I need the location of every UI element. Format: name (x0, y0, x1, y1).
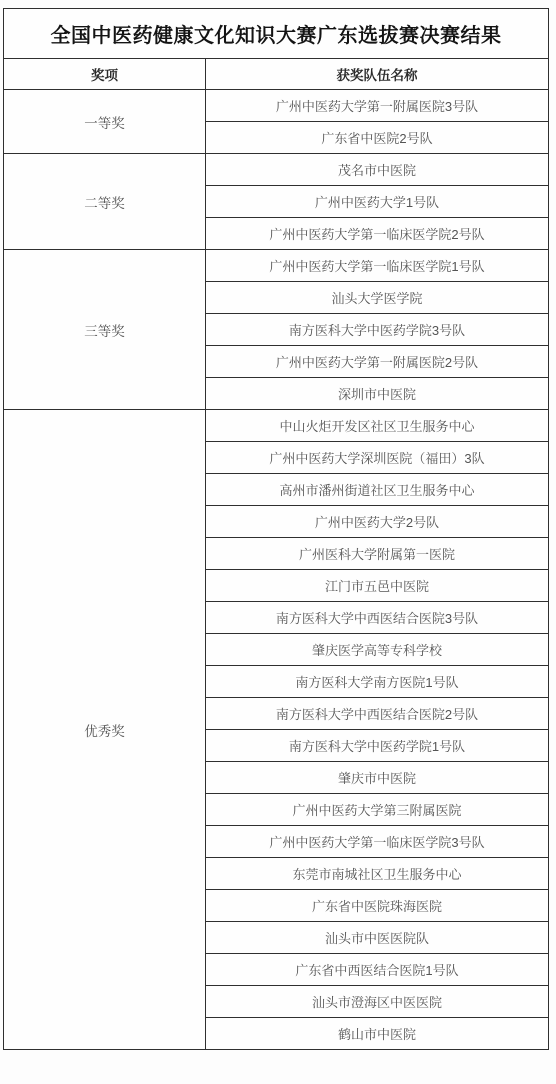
column-header-award: 奖项 (4, 59, 206, 90)
team-name: 广州中医药大学1号队 (206, 186, 549, 218)
results-page: 全国中医药健康文化知识大赛广东选拔赛决赛结果 奖项 获奖队伍名称 一等奖广州中医… (3, 8, 548, 1050)
team-name: 广州医科大学附属第一医院 (206, 538, 549, 570)
team-name: 南方医科大学中医药学院3号队 (206, 314, 549, 346)
team-name: 深圳市中医院 (206, 378, 549, 410)
column-header-team: 获奖队伍名称 (206, 59, 549, 90)
team-name: 高州市潘州街道社区卫生服务中心 (206, 474, 549, 506)
team-name: 广州中医药大学深圳医院（福田）3队 (206, 442, 549, 474)
team-name: 广州中医药大学第一附属医院2号队 (206, 346, 549, 378)
table-row: 一等奖广州中医药大学第一附属医院3号队 (4, 90, 549, 122)
team-name: 广东省中医院珠海医院 (206, 890, 549, 922)
title-row: 全国中医药健康文化知识大赛广东选拔赛决赛结果 (4, 9, 549, 59)
award-name: 优秀奖 (4, 410, 206, 1050)
results-table: 全国中医药健康文化知识大赛广东选拔赛决赛结果 奖项 获奖队伍名称 一等奖广州中医… (3, 8, 549, 1050)
team-name: 江门市五邑中医院 (206, 570, 549, 602)
team-name: 南方医科大学中医药学院1号队 (206, 730, 549, 762)
team-name: 南方医科大学南方医院1号队 (206, 666, 549, 698)
team-name: 东莞市南城社区卫生服务中心 (206, 858, 549, 890)
team-name: 南方医科大学中西医结合医院2号队 (206, 698, 549, 730)
team-name: 汕头大学医学院 (206, 282, 549, 314)
team-name: 南方医科大学中西医结合医院3号队 (206, 602, 549, 634)
team-name: 肇庆医学高等专科学校 (206, 634, 549, 666)
team-name: 广州中医药大学第一附属医院3号队 (206, 90, 549, 122)
table-row: 二等奖茂名市中医院 (4, 154, 549, 186)
table-row: 三等奖广州中医药大学第一临床医学院1号队 (4, 250, 549, 282)
award-name: 一等奖 (4, 90, 206, 154)
team-name: 广州中医药大学第三附属医院 (206, 794, 549, 826)
award-name: 三等奖 (4, 250, 206, 410)
team-name: 广州中医药大学第一临床医学院3号队 (206, 826, 549, 858)
team-name: 广州中医药大学2号队 (206, 506, 549, 538)
team-name: 中山火炬开发区社区卫生服务中心 (206, 410, 549, 442)
team-name: 广州中医药大学第一临床医学院2号队 (206, 218, 549, 250)
team-name: 肇庆市中医院 (206, 762, 549, 794)
team-name: 广东省中医院2号队 (206, 122, 549, 154)
team-name: 茂名市中医院 (206, 154, 549, 186)
team-name: 鹤山市中医院 (206, 1018, 549, 1050)
team-name: 汕头市中医医院队 (206, 922, 549, 954)
header-row: 奖项 获奖队伍名称 (4, 59, 549, 90)
table-row: 优秀奖中山火炬开发区社区卫生服务中心 (4, 410, 549, 442)
award-name: 二等奖 (4, 154, 206, 250)
page-title: 全国中医药健康文化知识大赛广东选拔赛决赛结果 (4, 9, 549, 59)
team-name: 广东省中西医结合医院1号队 (206, 954, 549, 986)
table-body: 一等奖广州中医药大学第一附属医院3号队广东省中医院2号队二等奖茂名市中医院广州中… (4, 90, 549, 1050)
team-name: 广州中医药大学第一临床医学院1号队 (206, 250, 549, 282)
team-name: 汕头市澄海区中医医院 (206, 986, 549, 1018)
